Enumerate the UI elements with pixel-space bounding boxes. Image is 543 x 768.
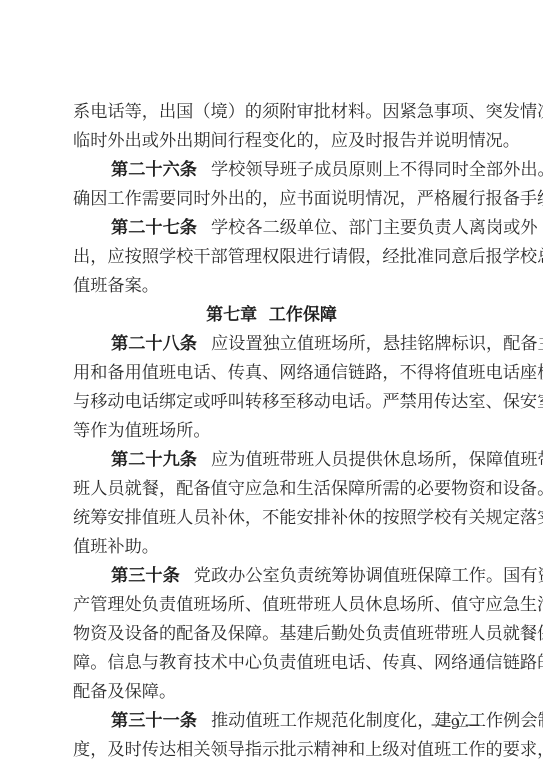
article-heading: 第二十七条 [111,218,197,238]
text-line: 产管理处负责值班场所、值班带班人员休息场所、值守应急生活 [73,595,473,615]
text-line: 确因工作需要同时外出的，应书面说明情况，严格履行报备手续。 [73,189,473,209]
text-line: 临时外出或外出期间行程变化的，应及时报告并说明情况。 [73,131,473,151]
article-26: 第二十六条学校领导班子成员原则上不得同时全部外出。 [111,160,473,180]
article-28: 第二十八条应设置独立值班场所，悬挂铭牌标识，配备主 [111,334,473,354]
text-line: 物资及设备的配备及保障。基建后勤处负责值班带班人员就餐保 [73,624,473,644]
article-heading: 第三十条 [111,566,180,586]
article-text: 应设置独立值班场所，悬挂铭牌标识，配备主 [211,334,543,354]
article-text: 推动值班工作规范化制度化，建立工作例会制 [211,711,543,731]
document-page: 系电话等，出国（境）的须附审批材料。因紧急事项、突发情况 临时外出或外出期间行程… [0,0,543,768]
article-text: 应为值班带班人员提供休息场所，保障值班带 [211,450,543,470]
article-text: 学校各二级单位、部门主要负责人离岗或外 [211,218,538,238]
article-heading: 第二十六条 [111,160,197,180]
article-text: 学校领导班子成员原则上不得同时全部外出。 [211,160,543,180]
text-line: 出，应按照学校干部管理权限进行请假，经批准同意后报学校总 [73,247,473,267]
article-heading: 第二十九条 [111,450,197,470]
text-line: 统筹安排值班人员补休，不能安排补休的按照学校有关规定落实 [73,508,473,528]
text-line: 度，及时传达相关领导指示批示精神和上级对值班工作的要求， [73,740,473,760]
page-number: — 9 — [420,715,480,733]
article-heading: 第二十八条 [111,334,197,354]
article-30: 第三十条党政办公室负责统筹协调值班保障工作。国有资 [111,566,473,586]
article-31: 第三十一条推动值班工作规范化制度化，建立工作例会制 [111,711,473,731]
text-line: 值班补助。 [73,537,473,557]
text-line: 等作为值班场所。 [73,421,473,441]
text-line: 系电话等，出国（境）的须附审批材料。因紧急事项、突发情况 [73,102,473,122]
article-heading: 第三十一条 [111,711,197,731]
chapter-title: 第七章 工作保障 [0,305,543,325]
text-line: 值班备案。 [73,276,473,296]
text-line: 障。信息与教育技术中心负责值班电话、传真、网络通信链路的 [73,653,473,673]
article-text: 党政办公室负责统筹协调值班保障工作。国有资 [194,566,543,586]
text-line: 与移动电话绑定或呼叫转移至移动电话。严禁用传达室、保安室 [73,392,473,412]
text-line: 班人员就餐，配备值守应急和生活保障所需的必要物资和设备。 [73,479,473,499]
article-27: 第二十七条学校各二级单位、部门主要负责人离岗或外 [111,218,473,238]
text-line: 用和备用值班电话、传真、网络通信链路，不得将值班电话座机 [73,363,473,383]
article-29: 第二十九条应为值班带班人员提供休息场所，保障值班带 [111,450,473,470]
text-line: 配备及保障。 [73,682,473,702]
